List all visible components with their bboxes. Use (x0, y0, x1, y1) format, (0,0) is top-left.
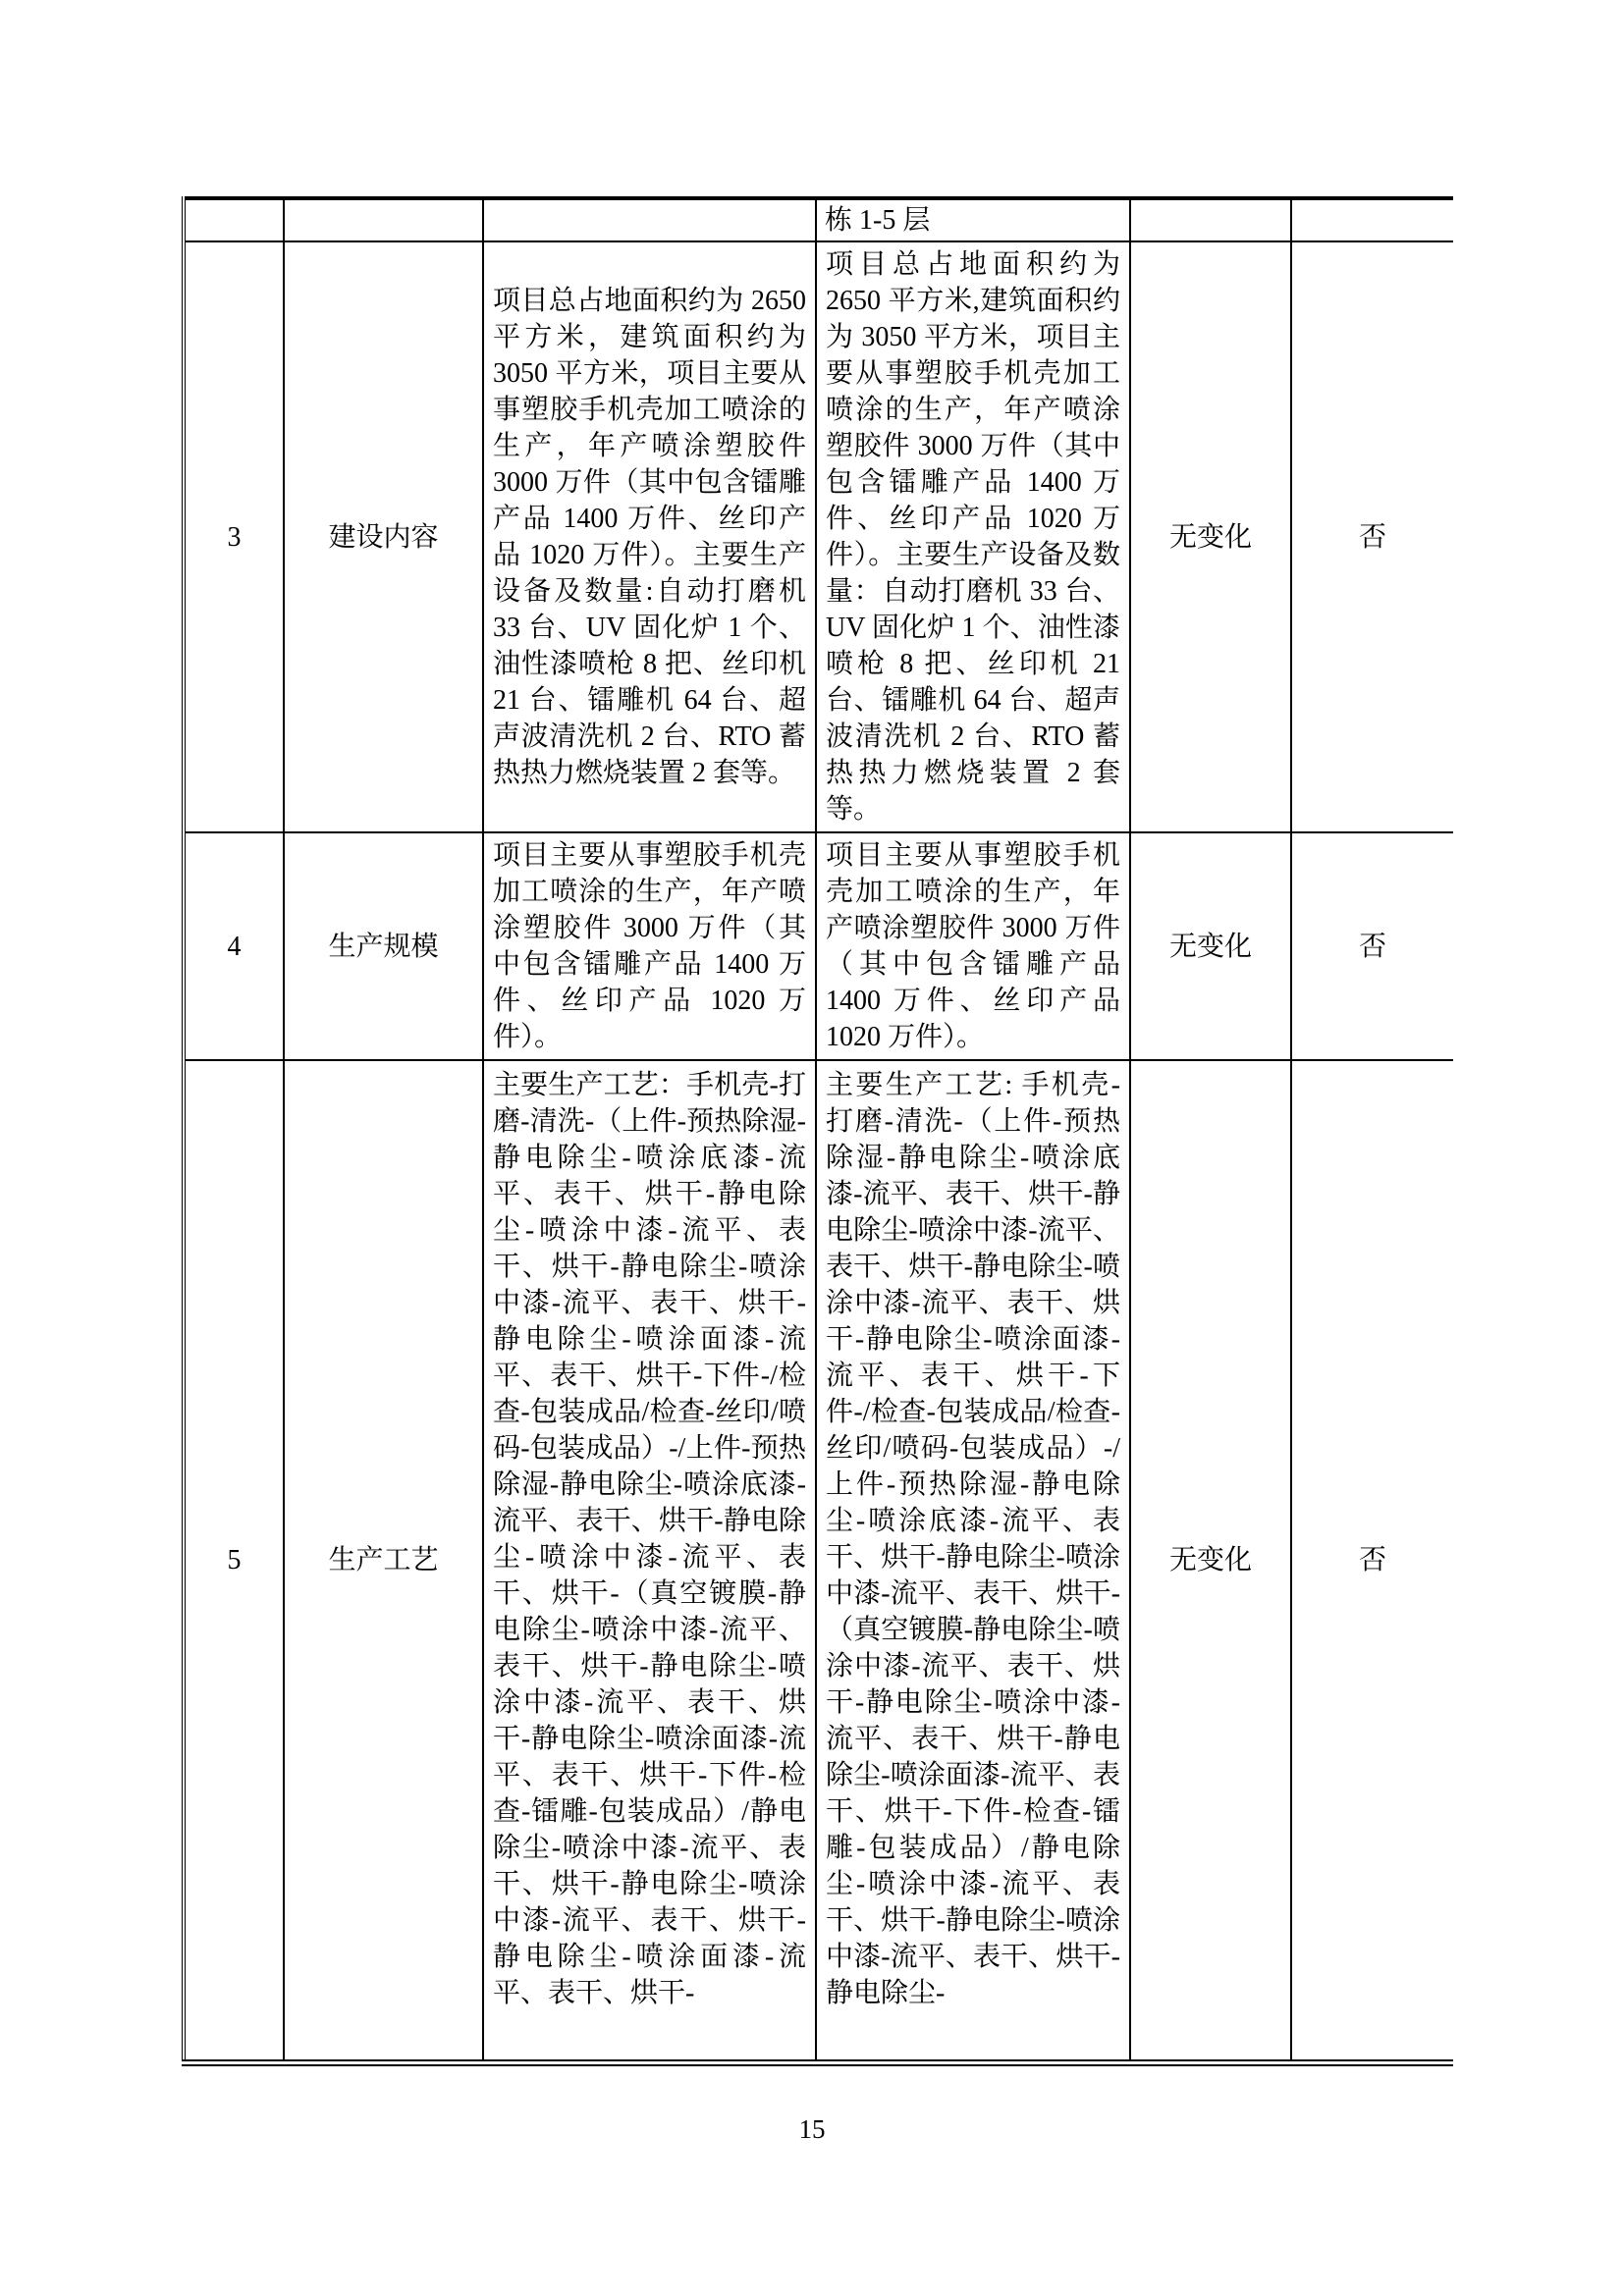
project-change-table: 栋 1-5 层 3 建设内容 项目总占地面积约为 2650 平方米，建筑面积约为… (182, 196, 1453, 2066)
approved-content-cell: 项目主要从事塑胶手机壳加工喷涂的生产，年产喷涂塑胶件 3000 万件（其中包含镭… (483, 832, 816, 1060)
change-status-cell (1130, 198, 1291, 241)
approved-content-cell: 主要生产工艺：手机壳-打磨-清洗-（上件-预热除湿-静电除尘-喷涂底漆-流平、表… (483, 1060, 816, 2063)
document-page: 栋 1-5 层 3 建设内容 项目总占地面积约为 2650 平方米，建筑面积约为… (0, 0, 1624, 2296)
category-cell: 生产工艺 (284, 1060, 483, 2063)
row-number-cell (184, 198, 284, 241)
table-row-continued: 栋 1-5 层 (184, 198, 1453, 241)
change-status-cell: 无变化 (1130, 1060, 1291, 2063)
row-number-cell: 4 (184, 832, 284, 1060)
actual-content-cell: 项目总占地面积约为 2650 平方米,建筑面积约为 3050 平方米，项目主要从… (816, 241, 1130, 832)
row-number-cell: 3 (184, 241, 284, 832)
category-cell (284, 198, 483, 241)
change-status-cell: 无变化 (1130, 241, 1291, 832)
actual-content-cell: 栋 1-5 层 (816, 198, 1130, 241)
row-number-cell: 5 (184, 1060, 284, 2063)
major-change-cell: 否 (1291, 241, 1453, 832)
table-row: 3 建设内容 项目总占地面积约为 2650 平方米，建筑面积约为 3050 平方… (184, 241, 1453, 832)
page-number: 15 (0, 2112, 1624, 2146)
approved-content-cell (483, 198, 816, 241)
approved-content-cell: 项目总占地面积约为 2650 平方米，建筑面积约为 3050 平方米，项目主要从… (483, 241, 816, 832)
category-cell: 生产规模 (284, 832, 483, 1060)
table-row: 4 生产规模 项目主要从事塑胶手机壳加工喷涂的生产，年产喷涂塑胶件 3000 万… (184, 832, 1453, 1060)
major-change-cell: 否 (1291, 832, 1453, 1060)
actual-content-cell: 主要生产工艺: 手机壳-打磨-清洗-（上件-预热除湿-静电除尘-喷涂底漆-流平、… (816, 1060, 1130, 2063)
comparison-table: 栋 1-5 层 3 建设内容 项目总占地面积约为 2650 平方米，建筑面积约为… (182, 196, 1453, 2066)
change-status-cell: 无变化 (1130, 832, 1291, 1060)
category-cell: 建设内容 (284, 241, 483, 832)
major-change-cell (1291, 198, 1453, 241)
table-row: 5 生产工艺 主要生产工艺：手机壳-打磨-清洗-（上件-预热除湿-静电除尘-喷涂… (184, 1060, 1453, 2063)
major-change-cell: 否 (1291, 1060, 1453, 2063)
actual-content-cell: 项目主要从事塑胶手机壳加工喷涂的生产，年产喷涂塑胶件 3000 万件（其中包含镭… (816, 832, 1130, 1060)
